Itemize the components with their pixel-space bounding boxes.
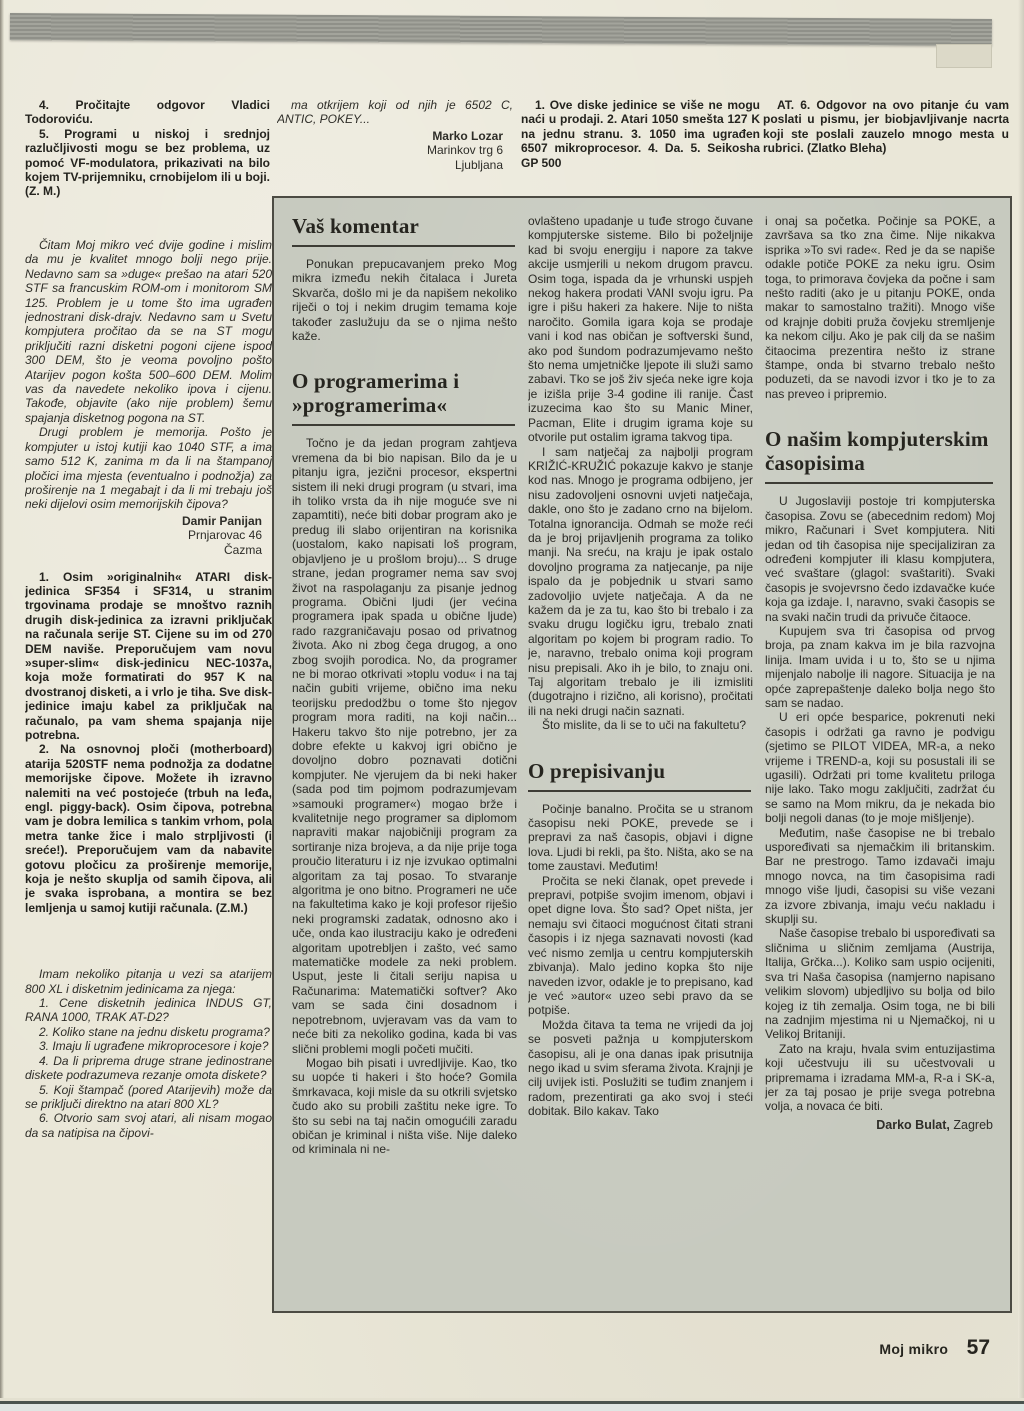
letter-signature: Marko Lozar Marinkov trg 6 Ljubljana: [277, 129, 513, 173]
top-answer-col1: 4. Pročitajte odgovor Vladici Todoroviću…: [25, 98, 270, 199]
section-heading-o-prepisivanju: O prepisivanju: [528, 759, 753, 783]
scan-bottom-edge: [0, 1398, 1024, 1411]
comment-paragraph: Pročita se neki članak, opet prevede i p…: [528, 874, 753, 1018]
comment-paragraph: I sam natječaj za najbolji program KRIŽI…: [528, 445, 753, 719]
page-footer: Moj mikro 57: [700, 1336, 990, 1360]
comment-paragraph: U eri opće besparice, pokrenuti neki čas…: [765, 710, 995, 825]
letter-question: 4. Da li priprema druge strane jedinostr…: [25, 1054, 272, 1083]
magazine-page: 4. Pročitajte odgovor Vladici Todoroviću…: [0, 0, 1024, 1411]
editor-answer-paragraph: 1. Osim »originalnih« ATARI disk-jedinic…: [25, 570, 272, 743]
letter-question: 3. Imaju li ugrađene mikroprocesore i ko…: [25, 1039, 272, 1053]
answer-paragraph: 1. Ove diske jedinice se više ne mogu na…: [521, 98, 760, 170]
comment-box: Vaš komentar Ponukan prepucavanjem preko…: [272, 196, 1012, 1313]
section-heading-o-programerima: O programerima i »programerima«: [292, 369, 517, 417]
magazine-name: Moj mikro: [879, 1341, 948, 1357]
author-city: Zagreb: [953, 1118, 993, 1132]
comment-paragraph: Ponukan prepucavanjem preko Mog mikra iz…: [292, 257, 517, 343]
signature-address: Prnjarovac 46: [188, 528, 262, 542]
scan-right-edge: [1018, 0, 1024, 1411]
section-o-nasim-casopisima: O našim kompjuterskim časopisima U Jugos…: [765, 427, 995, 1131]
editor-answer-paragraph: 2. Na osnovnoj ploči (motherboard) atari…: [25, 742, 272, 915]
spacer: [25, 558, 272, 570]
comment-box-col3: i onaj sa početka. Počinje sa POKE, a za…: [765, 214, 995, 1292]
letter-paragraph: ma otkrijem koji od njih je 6502 C, ANTI…: [277, 98, 513, 127]
heading-rule: [528, 790, 751, 792]
signature-address: Marinkov trg 6: [427, 143, 503, 157]
heading-rule: [765, 482, 993, 484]
comment-paragraph: Možda čitava ta tema ne vrijedi da joj s…: [528, 1018, 753, 1119]
comment-paragraph: Međutim, naše časopise ne bi trebalo usp…: [765, 826, 995, 927]
heading-rule: [292, 424, 515, 426]
top-answer-col4: AT. 6. Odgovor na ovo pitanje ću vam pos…: [763, 98, 1009, 156]
letter-question: 1. Cene disketnih jedinica INDUS GT, RAN…: [25, 996, 272, 1025]
heading-rule: [292, 245, 515, 247]
section-heading-o-nasim-casopisima: O našim kompjuterskim časopisima: [765, 427, 995, 475]
comment-paragraph: Točno je da jedan program zahtjeva vreme…: [292, 436, 517, 1055]
top-scan-bar: [10, 13, 992, 46]
top-right-scan-artifact: [936, 44, 992, 68]
section-o-prepisivanju: O prepisivanju Počinje banalno. Pročita …: [528, 759, 753, 1119]
letter-question: 2. Koliko stane na jednu disketu program…: [25, 1025, 272, 1039]
letter-paragraph: Drugi problem je memorija. Pošto je komp…: [25, 425, 272, 511]
author-signature: Darko Bulat, Zagreb: [765, 1118, 995, 1132]
comment-paragraph: ovlašteno upadanje u tuđe strogo čuvane …: [528, 214, 753, 445]
letter-signature: Damir Panijan Prnjarovac 46 Čazma: [25, 514, 272, 558]
comment-paragraph: Kupujem sva tri časopisa od prvog broja,…: [765, 624, 995, 710]
answer-paragraph: AT. 6. Odgovor na ovo pitanje ću vam pos…: [763, 98, 1009, 156]
letters-column: Čitam Moj mikro već dvije godine i misli…: [25, 238, 272, 1326]
comment-paragraph: Počinje banalno. Pročita se u stranom ča…: [528, 802, 753, 874]
comment-box-col2: ovlašteno upadanje u tuđe strogo čuvane …: [528, 214, 753, 1292]
letter-paragraph: Imam nekoliko pitanja u vezi sa atarijem…: [25, 967, 272, 996]
page-number: 57: [967, 1336, 990, 1359]
signature-city: Čazma: [224, 543, 262, 557]
comment-paragraph: Mogao bih pisati i uvredljivije. Kao, tk…: [292, 1056, 517, 1157]
comment-paragraph: i onaj sa početka. Počinje sa POKE, a za…: [765, 214, 995, 401]
author-name: Darko Bulat,: [876, 1118, 950, 1132]
comment-paragraph: U Jugoslaviji postoje tri kompjuterska č…: [765, 494, 995, 624]
comment-paragraph: Zato na kraju, hvala svim entuzijastima …: [765, 1042, 995, 1114]
comment-box-col1: Vaš komentar Ponukan prepucavanjem preko…: [292, 214, 517, 1292]
comment-paragraph: Naše časopise trebalo bi uspoređivati sa…: [765, 926, 995, 1041]
letter-question: 5. Koji štampač (pored Atarijevih) može …: [25, 1083, 272, 1112]
top-letter-end-col: ma otkrijem koji od njih je 6502 C, ANTI…: [277, 98, 513, 173]
signature-name: Damir Panijan: [182, 514, 262, 528]
top-answer-col3: 1. Ove diske jedinice se više ne mogu na…: [521, 98, 760, 170]
signature-city: Ljubljana: [455, 158, 503, 172]
answer-paragraph: 4. Pročitajte odgovor Vladici Todoroviću…: [25, 98, 270, 127]
spacer: [25, 915, 272, 967]
scan-left-edge: [0, 0, 4, 1411]
signature-name: Marko Lozar: [432, 129, 503, 143]
section-heading-vas-komentar: Vaš komentar: [292, 214, 517, 238]
section-o-programerima: O programerima i »programerima« Točno je…: [292, 369, 517, 1156]
answer-paragraph: 5. Programi u niskoj i srednjoj razlučlj…: [25, 127, 270, 199]
letter-paragraph: Čitam Moj mikro već dvije godine i misli…: [25, 238, 272, 425]
letter-question: 6. Otvorio sam svoj atari, ali nisam mog…: [25, 1111, 272, 1140]
comment-paragraph: Što mislite, da li se to uči na fakultet…: [528, 718, 753, 732]
